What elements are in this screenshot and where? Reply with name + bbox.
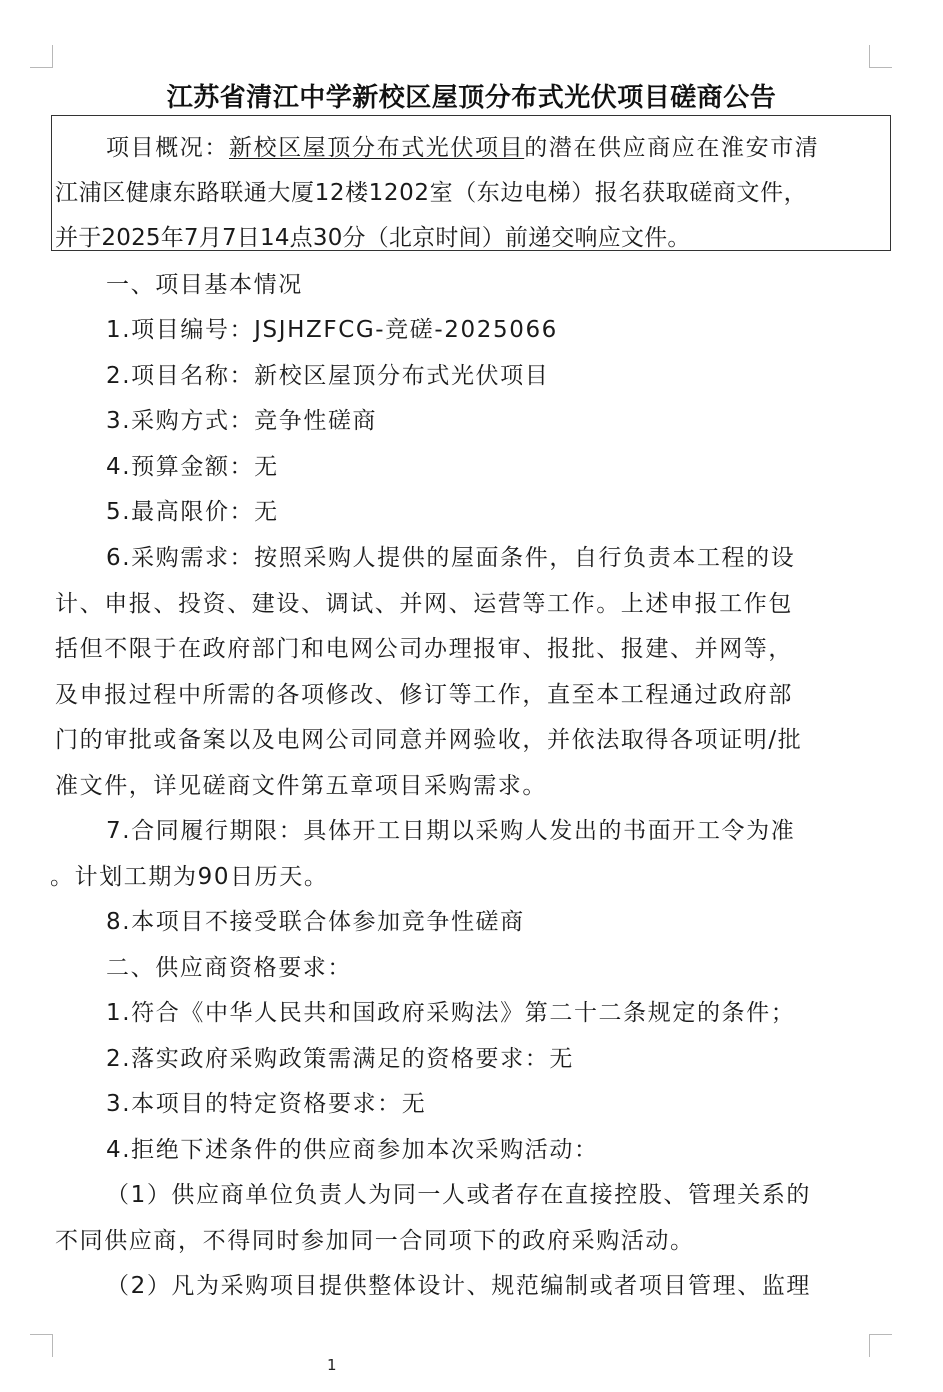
item-procurement-method: 3.采购方式：竞争性磋商 bbox=[106, 406, 377, 436]
page-corner-mark-top-left bbox=[30, 45, 53, 68]
summary-line-1: 项目概况：新校区屋顶分布式光伏项目的潜在供应商应在淮安市清 bbox=[106, 133, 819, 163]
section-1-heading: 一、项目基本情况 bbox=[106, 270, 303, 300]
item-max-price: 5.最高限价：无 bbox=[106, 497, 279, 527]
page-corner-mark-bottom-right bbox=[869, 1334, 892, 1357]
qualification-item-4: 4.拒绝下述条件的供应商参加本次采购活动： bbox=[106, 1135, 599, 1165]
exclusion-2-line-1: （2）凡为采购项目提供整体设计、规范编制或者项目管理、监理 bbox=[106, 1271, 811, 1301]
item-requirements-line-4: 及申报过程中所需的各项修改、修订等工作，直至本工程通过政府部 bbox=[55, 680, 793, 710]
qualification-item-2: 2.落实政府采购政策需满足的资格要求：无 bbox=[106, 1044, 574, 1074]
qualification-item-3: 3.本项目的特定资格要求：无 bbox=[106, 1089, 426, 1119]
item-project-number: 1.项目编号：JSJHZFCG-竞磋-2025066 bbox=[106, 315, 558, 345]
document-title: 江苏省清江中学新校区屋顶分布式光伏项目磋商公告 bbox=[0, 80, 943, 116]
item-contract-period-line-2: 。计划工期为90日历天。 bbox=[50, 862, 328, 892]
section-2-heading: 二、供应商资格要求： bbox=[106, 953, 352, 983]
page-number: 1 bbox=[327, 1356, 337, 1374]
summary-label: 项目概况： bbox=[106, 135, 229, 161]
summary-text: 的潜在供应商应在淮安市清 bbox=[524, 135, 819, 161]
item-contract-period-line-1: 7.合同履行期限：具体开工日期以采购人发出的书面开工令为准 bbox=[106, 816, 795, 846]
item-project-name: 2.项目名称：新校区屋顶分布式光伏项目 bbox=[106, 361, 549, 391]
qualification-item-1: 1.符合《中华人民共和国政府采购法》第二十二条规定的条件； bbox=[106, 998, 795, 1028]
exclusion-1-line-2: 不同供应商，不得同时参加同一合同项下的政府采购活动。 bbox=[55, 1226, 695, 1256]
item-no-consortium: 8.本项目不接受联合体参加竞争性磋商 bbox=[106, 907, 525, 937]
summary-line-2: 江浦区健康东路联通大厦12楼1202室（东边电梯）报名获取磋商文件， bbox=[55, 178, 807, 208]
page-corner-mark-bottom-left bbox=[30, 1334, 53, 1357]
item-requirements-line-3: 括但不限于在政府部门和电网公司办理报审、报批、报建、并网等， bbox=[55, 634, 793, 664]
project-name-link[interactable]: 新校区屋顶分布式光伏项目 bbox=[229, 135, 524, 161]
summary-line-3: 并于2025年7月7日14点30分（北京时间）前递交响应文件。 bbox=[55, 223, 691, 253]
item-requirements-line-6: 准文件，详见磋商文件第五章项目采购需求。 bbox=[55, 771, 547, 801]
item-requirements-line-2: 计、申报、投资、建设、调试、并网、运营等工作。上述申报工作包 bbox=[55, 589, 793, 619]
item-budget: 4.预算金额：无 bbox=[106, 452, 279, 482]
item-requirements-line-5: 门的审批或备案以及电网公司同意并网验收，并依法取得各项证明/批 bbox=[55, 725, 802, 755]
item-requirements-line-1: 6.采购需求：按照采购人提供的屋面条件，自行负责本工程的设 bbox=[106, 543, 795, 573]
exclusion-1-line-1: （1）供应商单位负责人为同一人或者存在直接控股、管理关系的 bbox=[106, 1180, 811, 1210]
page-corner-mark-top-right bbox=[869, 45, 892, 68]
